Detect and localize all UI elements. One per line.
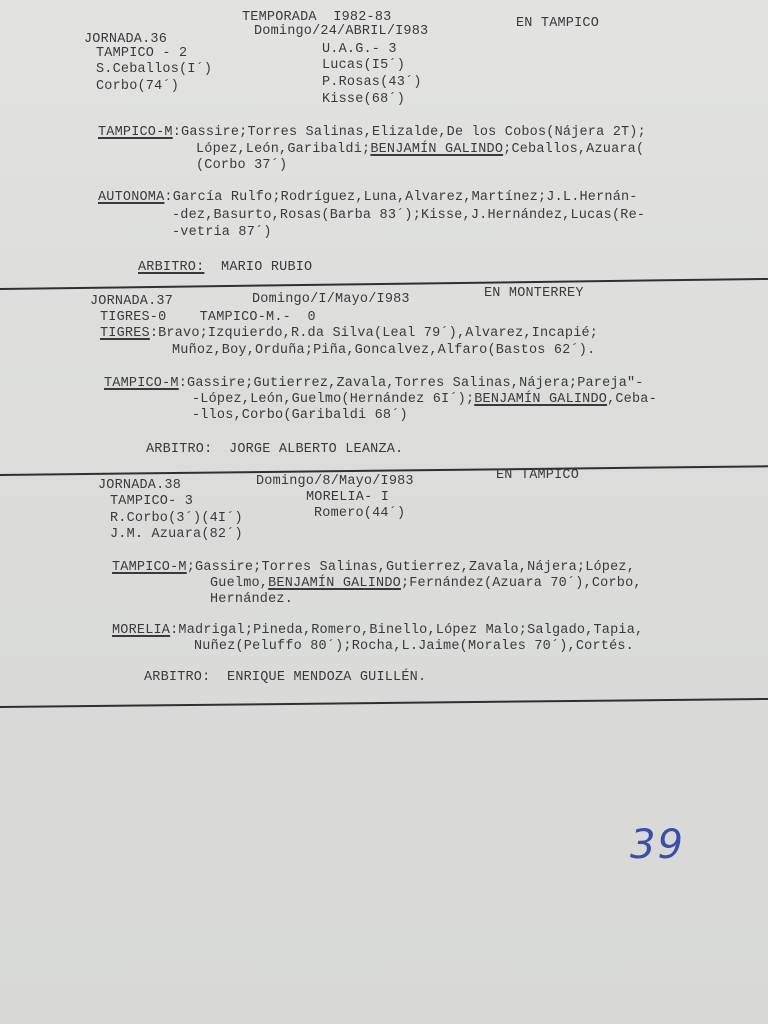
section-divider bbox=[0, 278, 768, 290]
referee-label: ARBITRO: bbox=[146, 442, 212, 457]
jornada-36-home-score: TAMPICO - 2 bbox=[96, 46, 187, 62]
team-name: TAMPICO-M bbox=[104, 376, 179, 391]
jornada-38-away-score: MORELIA- I bbox=[306, 490, 389, 506]
team-name: MORELIA bbox=[112, 623, 170, 638]
lineup-line: (Corbo 37´) bbox=[196, 158, 287, 174]
lineup-line: Bravo;Izquierdo,R.da Silva(Leal 79´),Alv… bbox=[158, 326, 598, 341]
jornada-37-label: JORNADA.37 bbox=[90, 294, 173, 310]
lineup-line: Gassire;Gutierrez,Zavala,Torres Salinas,… bbox=[187, 376, 644, 391]
jornada-37-score: TIGRES-0 TAMPICO-M.- 0 bbox=[100, 310, 316, 326]
lineup-line: -vetria 87´) bbox=[172, 225, 272, 241]
jornada-38-home-score: TAMPICO- 3 bbox=[110, 494, 193, 510]
team-name: TAMPICO-M bbox=[98, 125, 173, 140]
referee-37: ARBITRO: JORGE ALBERTO LEANZA. bbox=[146, 442, 403, 458]
lineup-line: Gassire;Torres Salinas,Elizalde,De los C… bbox=[181, 125, 646, 140]
jornada-38-date: Domingo/8/Mayo/I983 bbox=[256, 474, 414, 490]
jornada-36-away-scorer: Kisse(68´) bbox=[322, 92, 405, 108]
referee-name: ENRIQUE MENDOZA GUILLÉN. bbox=[227, 670, 426, 685]
team-name: AUTONOMA bbox=[98, 190, 164, 205]
lineup-line: -dez,Basurto,Rosas(Barba 83´);Kisse,J.He… bbox=[172, 208, 645, 224]
jornada-36-away-score: U.A.G.- 3 bbox=[322, 42, 397, 58]
referee-label: ARBITRO: bbox=[138, 260, 204, 275]
jornada-36-away-scorer: P.Rosas(43´) bbox=[322, 75, 422, 91]
jornada-37-date: Domingo/I/Mayo/I983 bbox=[252, 292, 410, 308]
referee-label: ARBITRO: bbox=[144, 670, 210, 685]
lineup-line: López,León,Garibaldi;BENJAMÍN GALINDO;Ce… bbox=[196, 142, 644, 158]
referee-38: ARBITRO: ENRIQUE MENDOZA GUILLÉN. bbox=[144, 670, 426, 686]
section-divider bbox=[0, 698, 768, 708]
jornada-38-home-scorer: R.Corbo(3´)(4I´) bbox=[110, 511, 243, 527]
referee-name: JORGE ALBERTO LEANZA. bbox=[229, 442, 403, 457]
jornada-36-date: Domingo/24/ABRIL/I983 bbox=[254, 24, 428, 40]
jornada-36-venue: EN TAMPICO bbox=[516, 16, 599, 32]
highlighted-player: BENJAMÍN GALINDO bbox=[474, 392, 607, 407]
lineup-line: Nuñez(Peluffo 80´);Rocha,L.Jaime(Morales… bbox=[194, 639, 634, 655]
lineup-line: Muñoz,Boy,Orduña;Piña,Goncalvez,Alfaro(B… bbox=[172, 343, 595, 359]
lineup-line: Guelmo,BENJAMÍN GALINDO;Fernández(Azuara… bbox=[210, 576, 642, 592]
jornada-38-label: JORNADA.38 bbox=[98, 478, 181, 494]
lineup-line: García Rulfo;Rodríguez,Luna,Alvarez,Mart… bbox=[173, 190, 638, 205]
lineup-autonoma-36: AUTONOMA:García Rulfo;Rodríguez,Luna,Alv… bbox=[98, 190, 638, 206]
lineup-line: Gassire;Torres Salinas,Gutierrez,Zavala,… bbox=[195, 560, 635, 575]
lineup-line: Hernández. bbox=[210, 592, 293, 608]
jornada-38-home-scorer: J.M. Azuara(82´) bbox=[110, 527, 243, 543]
team-name: TIGRES bbox=[100, 326, 150, 341]
jornada-37-venue: EN MONTERREY bbox=[484, 286, 584, 302]
lineup-line: Madrigal;Pineda,Romero,Binello,López Mal… bbox=[178, 623, 643, 638]
team-name: TAMPICO-M bbox=[112, 560, 187, 575]
lineup-morelia-38: MORELIA:Madrigal;Pineda,Romero,Binello,L… bbox=[112, 623, 643, 639]
jornada-36-home-scorer: Corbo(74´) bbox=[96, 79, 179, 95]
jornada-36-away-scorer: Lucas(I5´) bbox=[322, 58, 405, 74]
jornada-38-away-scorer: Romero(44´) bbox=[314, 506, 405, 522]
jornada-38-venue: EN TAMPICO bbox=[496, 468, 579, 484]
handwritten-page-number: 39 bbox=[630, 822, 685, 868]
lineup-tigres-37: TIGRES:Bravo;Izquierdo,R.da Silva(Leal 7… bbox=[100, 326, 598, 342]
lineup-tampico-38: TAMPICO-M;Gassire;Torres Salinas,Gutierr… bbox=[112, 560, 635, 576]
referee-name: MARIO RUBIO bbox=[221, 260, 312, 275]
highlighted-player: BENJAMÍN GALINDO bbox=[268, 576, 401, 591]
lineup-tampico-37: TAMPICO-M:Gassire;Gutierrez,Zavala,Torre… bbox=[104, 376, 644, 392]
jornada-36-home-scorer: S.Ceballos(I´) bbox=[96, 62, 212, 78]
lineup-line: -llos,Corbo(Garibaldi 68´) bbox=[192, 408, 408, 424]
lineup-line: -López,León,Guelmo(Hernández 6I´);BENJAM… bbox=[192, 392, 657, 408]
lineup-tampico-36: TAMPICO-M:Gassire;Torres Salinas,Elizald… bbox=[98, 125, 646, 141]
highlighted-player: BENJAMÍN GALINDO bbox=[370, 142, 503, 157]
referee-36: ARBITRO: MARIO RUBIO bbox=[138, 260, 312, 276]
